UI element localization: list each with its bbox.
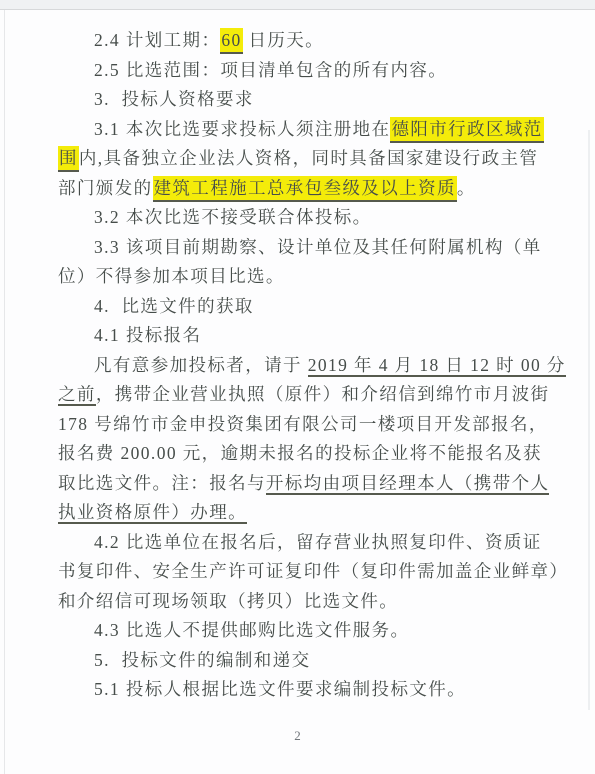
text-segment: 位）不得参加本项目比选。 <box>58 266 285 286</box>
text-segment: 和介绍信可现场领取（拷贝）比选文件。 <box>58 591 398 611</box>
highlighted-text: 德阳市行政区域范 <box>390 117 543 143</box>
underlined-text: 执业资格原件）办理。 <box>58 502 247 524</box>
text-segment: 3.3 该项目前期勘察、设计单位及其任何附属机构（单 <box>94 237 542 257</box>
text-segment: 3.2 本次比选不接受联合体投标。 <box>94 207 372 227</box>
text-segment: 5. 投标文件的编制和递交 <box>94 650 310 670</box>
text-line: 2.5 比选范围：项目清单包含的所有内容。 <box>58 56 536 86</box>
text-segment: ，携带企业营业执照（原件）和介绍信到绵竹市月波街 <box>96 384 550 404</box>
underlined-text: 开标均由项目经理本人（携带个人 <box>266 473 550 495</box>
text-segment: 5.1 投标人根据比选文件要求编制投标文件。 <box>94 679 466 699</box>
text-segment: 178 号绵竹市金申投资集团有限公司一楼项目开发部报名， <box>58 414 548 434</box>
text-line: 4. 比选文件的获取 <box>58 292 536 322</box>
page-number: 2 <box>0 728 595 744</box>
highlighted-text: 围 <box>58 146 79 172</box>
text-line: 3.1 本次比选要求投标人须注册地在德阳市行政区域范 <box>58 115 536 145</box>
text-segment: 部门颁发的 <box>58 178 153 198</box>
text-line: 5. 投标文件的编制和递交 <box>58 646 536 676</box>
text-line: 之前，携带企业营业执照（原件）和介绍信到绵竹市月波街 <box>58 380 536 410</box>
text-segment: 2.5 比选范围：项目清单包含的所有内容。 <box>94 60 447 80</box>
text-segment: 取比选文件。注：报名与 <box>58 473 266 493</box>
underlined-text: 2019 年 4 月 18 日 12 时 00 分 <box>308 355 566 377</box>
text-line: 2.4 计划工期：60 日历天。 <box>58 26 536 56</box>
text-segment: 。 <box>457 178 476 198</box>
text-segment: 3. 投标人资格要求 <box>94 89 254 109</box>
text-segment: 3.1 本次比选要求投标人须注册地在 <box>94 119 390 139</box>
text-line: 4.1 投标报名 <box>58 321 536 351</box>
text-line: 3.3 该项目前期勘察、设计单位及其任何附属机构（单 <box>58 233 536 263</box>
text-line: 取比选文件。注：报名与开标均由项目经理本人（携带个人 <box>58 469 536 499</box>
text-segment: 内,具备独立企业法人资格，同时具备国家建设行政主管 <box>79 148 538 168</box>
text-line: 178 号绵竹市金申投资集团有限公司一楼项目开发部报名， <box>58 410 536 440</box>
text-line: 位）不得参加本项目比选。 <box>58 262 536 292</box>
scan-edge-left <box>4 10 5 774</box>
highlighted-text: 60 <box>220 28 242 54</box>
document-page: 2.4 计划工期：60 日历天。2.5 比选范围：项目清单包含的所有内容。3. … <box>0 0 595 774</box>
text-segment: 凡有意参加投标者，请于 <box>94 355 308 375</box>
text-segment: 4.2 比选单位在报名后，留存营业执照复印件、资质证 <box>94 532 542 552</box>
text-line: 5.1 投标人根据比选文件要求编制投标文件。 <box>58 675 536 705</box>
text-line: 执业资格原件）办理。 <box>58 498 536 528</box>
text-segment: 4.3 比选人不提供邮购比选文件服务。 <box>94 620 409 640</box>
text-line: 3. 投标人资格要求 <box>58 85 536 115</box>
text-line: 和介绍信可现场领取（拷贝）比选文件。 <box>58 587 536 617</box>
document-body: 2.4 计划工期：60 日历天。2.5 比选范围：项目清单包含的所有内容。3. … <box>58 26 536 705</box>
underlined-text: 之前 <box>58 384 96 406</box>
text-segment: 4.1 投标报名 <box>94 325 201 345</box>
text-line: 凡有意参加投标者，请于 2019 年 4 月 18 日 12 时 00 分 <box>58 351 536 381</box>
text-segment: 报名费 200.00 元，逾期未报名的投标企业将不能报名及获 <box>58 443 542 463</box>
text-segment: 日历天。 <box>243 30 324 50</box>
text-line: 围内,具备独立企业法人资格，同时具备国家建设行政主管 <box>58 144 536 174</box>
text-segment: 书复印件、安全生产许可证复印件（复印件需加盖企业鲜章） <box>58 561 568 581</box>
scan-edge-top <box>0 0 595 10</box>
text-segment: 2.4 计划工期： <box>94 30 220 50</box>
text-line: 4.2 比选单位在报名后，留存营业执照复印件、资质证 <box>58 528 536 558</box>
text-line: 部门颁发的建筑工程施工总承包叁级及以上资质。 <box>58 174 536 204</box>
scan-edge-right <box>588 130 590 710</box>
highlighted-text: 建筑工程施工总承包叁级及以上资质 <box>153 176 457 202</box>
text-line: 3.2 本次比选不接受联合体投标。 <box>58 203 536 233</box>
text-segment: 4. 比选文件的获取 <box>94 296 254 316</box>
text-line: 报名费 200.00 元，逾期未报名的投标企业将不能报名及获 <box>58 439 536 469</box>
text-line: 书复印件、安全生产许可证复印件（复印件需加盖企业鲜章） <box>58 557 536 587</box>
text-line: 4.3 比选人不提供邮购比选文件服务。 <box>58 616 536 646</box>
